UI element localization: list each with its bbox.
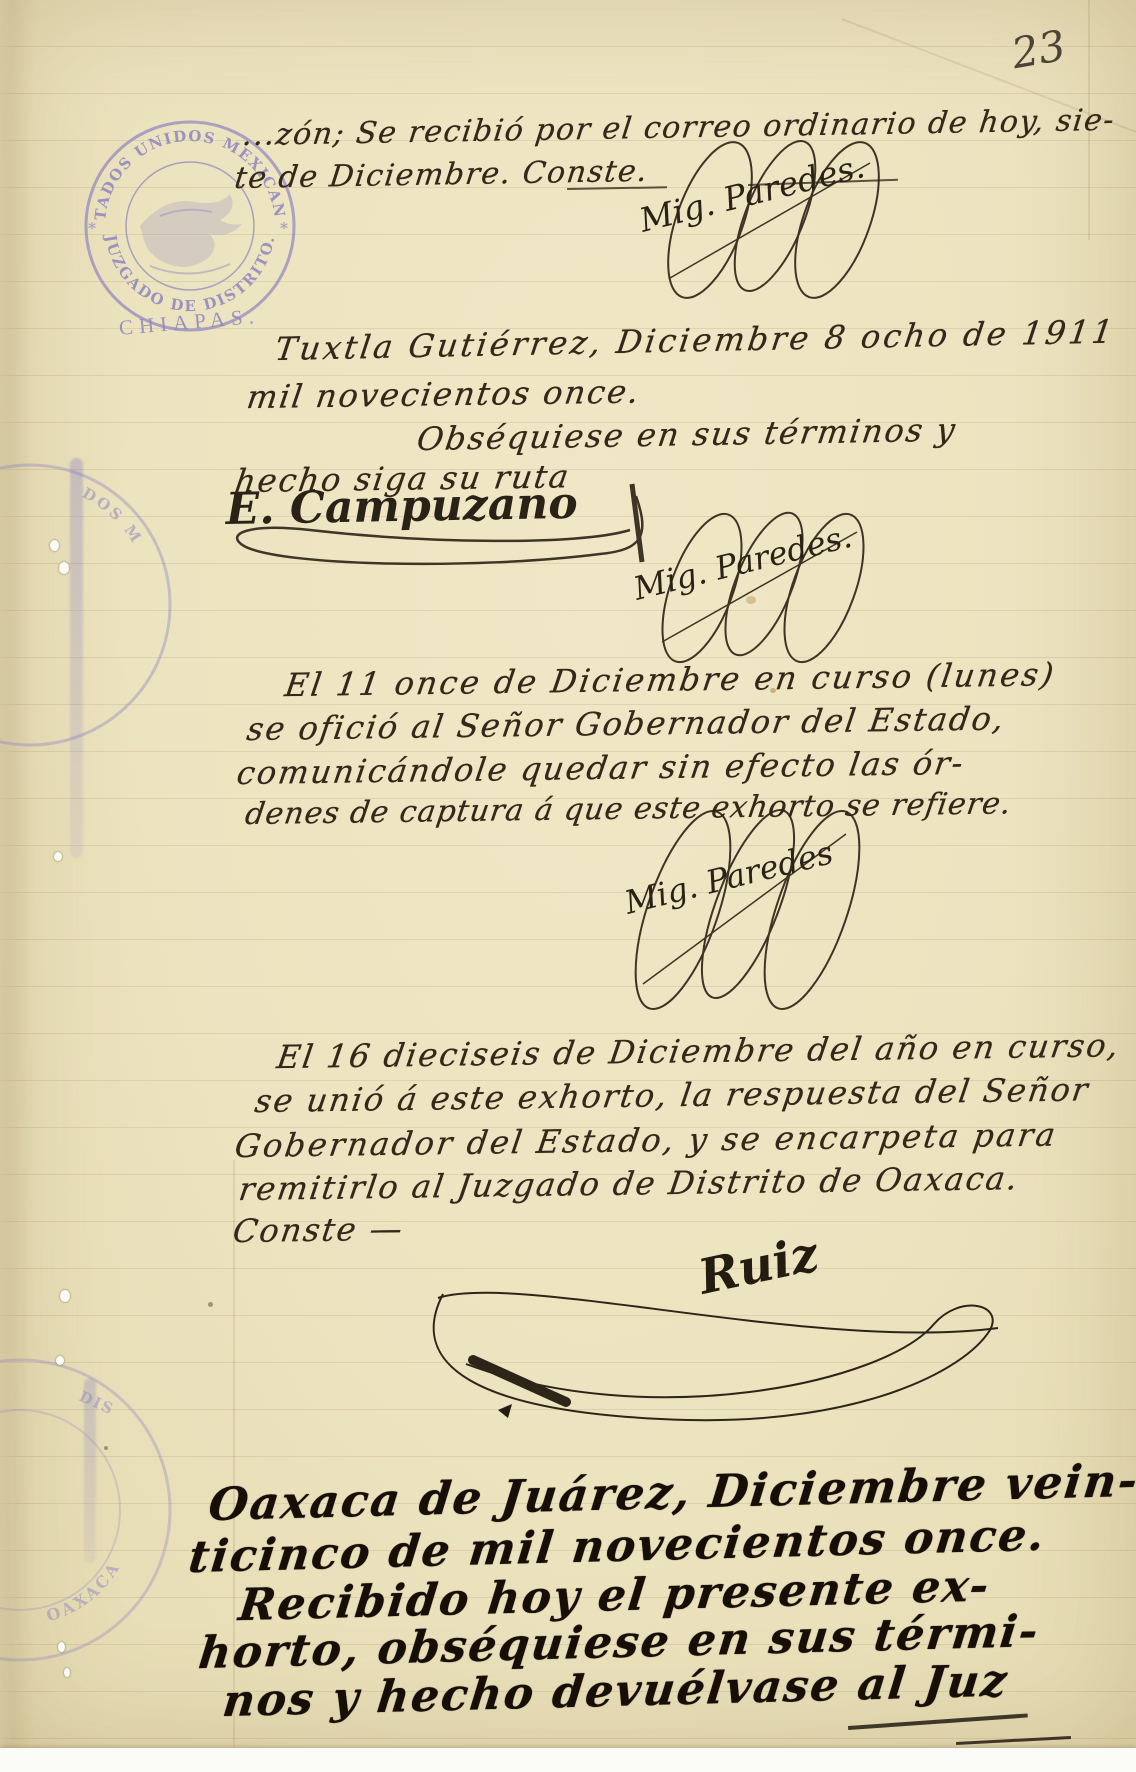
manuscript-page: 23 ESTADOS UNIDOS MEXICANOS JUZGADO DE D…: [0, 0, 1136, 1772]
hole-punch: [50, 540, 59, 551]
signature-paredes: Mig. Paredes.: [612, 500, 902, 670]
manuscript-line: te de Diciembre. Conste.: [233, 154, 651, 196]
signature-name: Mig. Paredes: [620, 833, 837, 922]
ink-smear: [70, 458, 83, 858]
left-partial-seal: DOS M: [0, 455, 180, 755]
signature-ruiz: Ruiz: [398, 1232, 1038, 1482]
hole-punch: [56, 1356, 64, 1365]
manuscript-line: Conste —: [231, 1210, 407, 1250]
eagle-emblem: [140, 194, 242, 274]
speck: [104, 1446, 108, 1450]
signature-name: E. Campuzano: [223, 478, 578, 535]
photo-background: [0, 1748, 1136, 1772]
signature-paredes: Mig. Paredes.: [615, 128, 915, 308]
signature-name: Mig. Paredes.: [629, 517, 856, 608]
signature-name: Ruiz: [692, 1226, 825, 1307]
signature-name: Mig. Paredes.: [635, 146, 869, 240]
ink-blot: [498, 1404, 512, 1418]
ink-smear: [84, 1378, 96, 1563]
hole-punch: [59, 562, 69, 574]
svg-text:OAXACA: OAXACA: [44, 1557, 124, 1625]
hole-punch: [54, 852, 62, 861]
hole-punch: [60, 1290, 70, 1302]
signature-campuzano: E. Campuzano: [218, 476, 668, 591]
page-number: 23: [1008, 21, 1069, 79]
manuscript-line: mil novecientos once.: [245, 373, 644, 417]
hole-punch: [58, 1642, 65, 1652]
seal-star-left: *: [88, 219, 96, 238]
hole-punch: [64, 1668, 70, 1677]
bottom-seal-fragment-arc: OAXACA: [44, 1557, 124, 1625]
speck: [770, 688, 776, 693]
speck: [746, 596, 756, 604]
seal-star-right: *: [280, 219, 288, 238]
signature-paredes: Mig. Paredes: [588, 792, 888, 1022]
speck: [208, 1302, 213, 1307]
